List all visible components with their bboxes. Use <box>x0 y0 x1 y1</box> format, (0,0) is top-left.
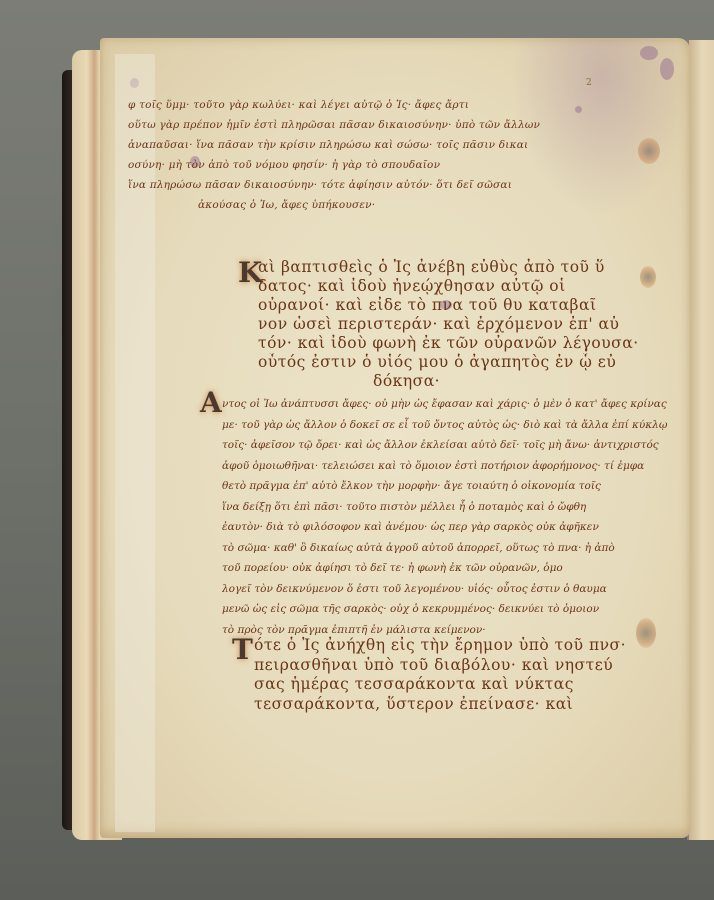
text-line: τοῖς· ἀφεῖσον τῷ ὄρει· καὶ ὡς ἄλλον ἐκλε… <box>222 435 692 456</box>
text-line: τοῦ πορείου· οὐκ ἀφίησι τὸ δεῖ τε· ἡ φων… <box>222 558 692 579</box>
stain <box>660 58 674 80</box>
text-line: λογεῖ τὸν δεικνύμενον ὅ ἐστι τοῦ λεγομέν… <box>222 579 692 600</box>
text-line: τεσσαράκοντα, ὕστερον ἐπείνασε· καὶ <box>254 695 654 715</box>
text-line: θετὸ πρᾶγμα ἐπ' αὐτὸ ἔλκον τὴν μορφὴν· ἄ… <box>222 476 692 497</box>
text-line: οὗτός ἐστιν ὁ υἱός μου ὁ ἀγαπητὸς ἐν ᾧ ε… <box>258 353 658 372</box>
text-line: νον ὡσεὶ περιστεράν· καὶ ἐρχόμενον ἐπ' α… <box>258 315 658 334</box>
text-line: οὕτω γὰρ πρέπον ἡμῖν ἐστὶ πληρῶσαι πᾶσαν… <box>128 115 588 135</box>
decorated-initial: T <box>232 633 253 666</box>
text-line: ἀκούσας ὁ Ἰω, ἄφες ὑπήκουσεν· <box>128 195 588 215</box>
text-line: τόν· καὶ ἰδοὺ φωνὴ ἐκ τῶν οὐρανῶν λέγουσ… <box>258 334 658 353</box>
text-line: ντος οἱ Ἰω ἀνάπτυσσι ἄφες· οὐ μὴν ὡς ἔφα… <box>222 394 692 415</box>
text-line: αὶ βαπτισθεὶς ὁ Ἰς ἀνέβη εὐθὺς ἀπὸ τοῦ ὕ <box>258 258 658 277</box>
text-line: ἀναπαῦσαι· ἵνα πᾶσαν τὴν κρίσιν πληρώσω … <box>128 135 588 155</box>
commentary-block-1: φ τοῖς ὕμμ· τοῦτο γὰρ κωλύει· καὶ λέγει … <box>128 95 588 215</box>
text-line: δόκησα· <box>258 372 658 391</box>
text-line: οὐρανοί· καὶ εἶδε τὸ πνα τοῦ θυ καταβαῖ <box>258 296 658 315</box>
lemma-block-2: ότε ὁ Ἰς ἀνήχθη εἰς τὴν ἔρημον ὑπὸ τοῦ π… <box>254 636 654 714</box>
text-line: ἐαυτὸν· διὰ τὸ φιλόσοφον καὶ ἀνέμου· ὡς … <box>222 517 692 538</box>
folio-number: 2 <box>586 78 592 88</box>
decorated-initial: A <box>200 386 222 419</box>
text-line: ἵνα πληρώσω πᾶσαν δικαιοσύνην· τότε ἀφίη… <box>128 175 588 195</box>
stain <box>640 46 658 60</box>
text-line: οσύνη· μὴ τὸν ἀπὸ τοῦ νόμου φησίν· ἡ γὰρ… <box>128 155 588 175</box>
text-line: φ τοῖς ὕμμ· τοῦτο γὰρ κωλύει· καὶ λέγει … <box>128 95 588 115</box>
offset-initial-stain <box>638 138 660 164</box>
lemma-block-1: αὶ βαπτισθεὶς ὁ Ἰς ἀνέβη εὐθὺς ἀπὸ τοῦ ὕ… <box>258 258 658 391</box>
text-line: με· τοῦ γὰρ ὡς ἄλλον ὁ δοκεῖ σε εἶ τοῦ ὄ… <box>222 415 692 436</box>
text-line: ἵνα δείξῃ ὅτι ἐπὶ πᾶσι· τοῦτο πιστὸν μέλ… <box>222 497 692 518</box>
commentary-block-2: ντος οἱ Ἰω ἀνάπτυσσι ἄφες· οὐ μὴν ὡς ἔφα… <box>222 394 692 640</box>
text-line: ἀφοῦ ὁμοιωθῆναι· τελειώσει καὶ τὸ ὅμοιον… <box>222 456 692 477</box>
text-line: σας ἡμέρας τεσσαράκοντα καὶ νύκτας <box>254 675 654 695</box>
text-line: ότε ὁ Ἰς ἀνήχθη εἰς τὴν ἔρημον ὑπὸ τοῦ π… <box>254 636 654 656</box>
text-line: τὸ σῶμα· καθ' ὃ δικαίως αὐτὰ ἀγροῦ αὐτοῦ… <box>222 538 692 559</box>
text-line: πειρασθῆναι ὑπὸ τοῦ διαβόλου· καὶ νηστεύ <box>254 656 654 676</box>
text-line: μενῶ ὡς εἰς σῶμα τῆς σαρκὸς· οὐχ ὁ κεκρυ… <box>222 599 692 620</box>
text-line: δατος· καὶ ἰδοὺ ἠνεῴχθησαν αὐτῷ οἱ <box>258 277 658 296</box>
